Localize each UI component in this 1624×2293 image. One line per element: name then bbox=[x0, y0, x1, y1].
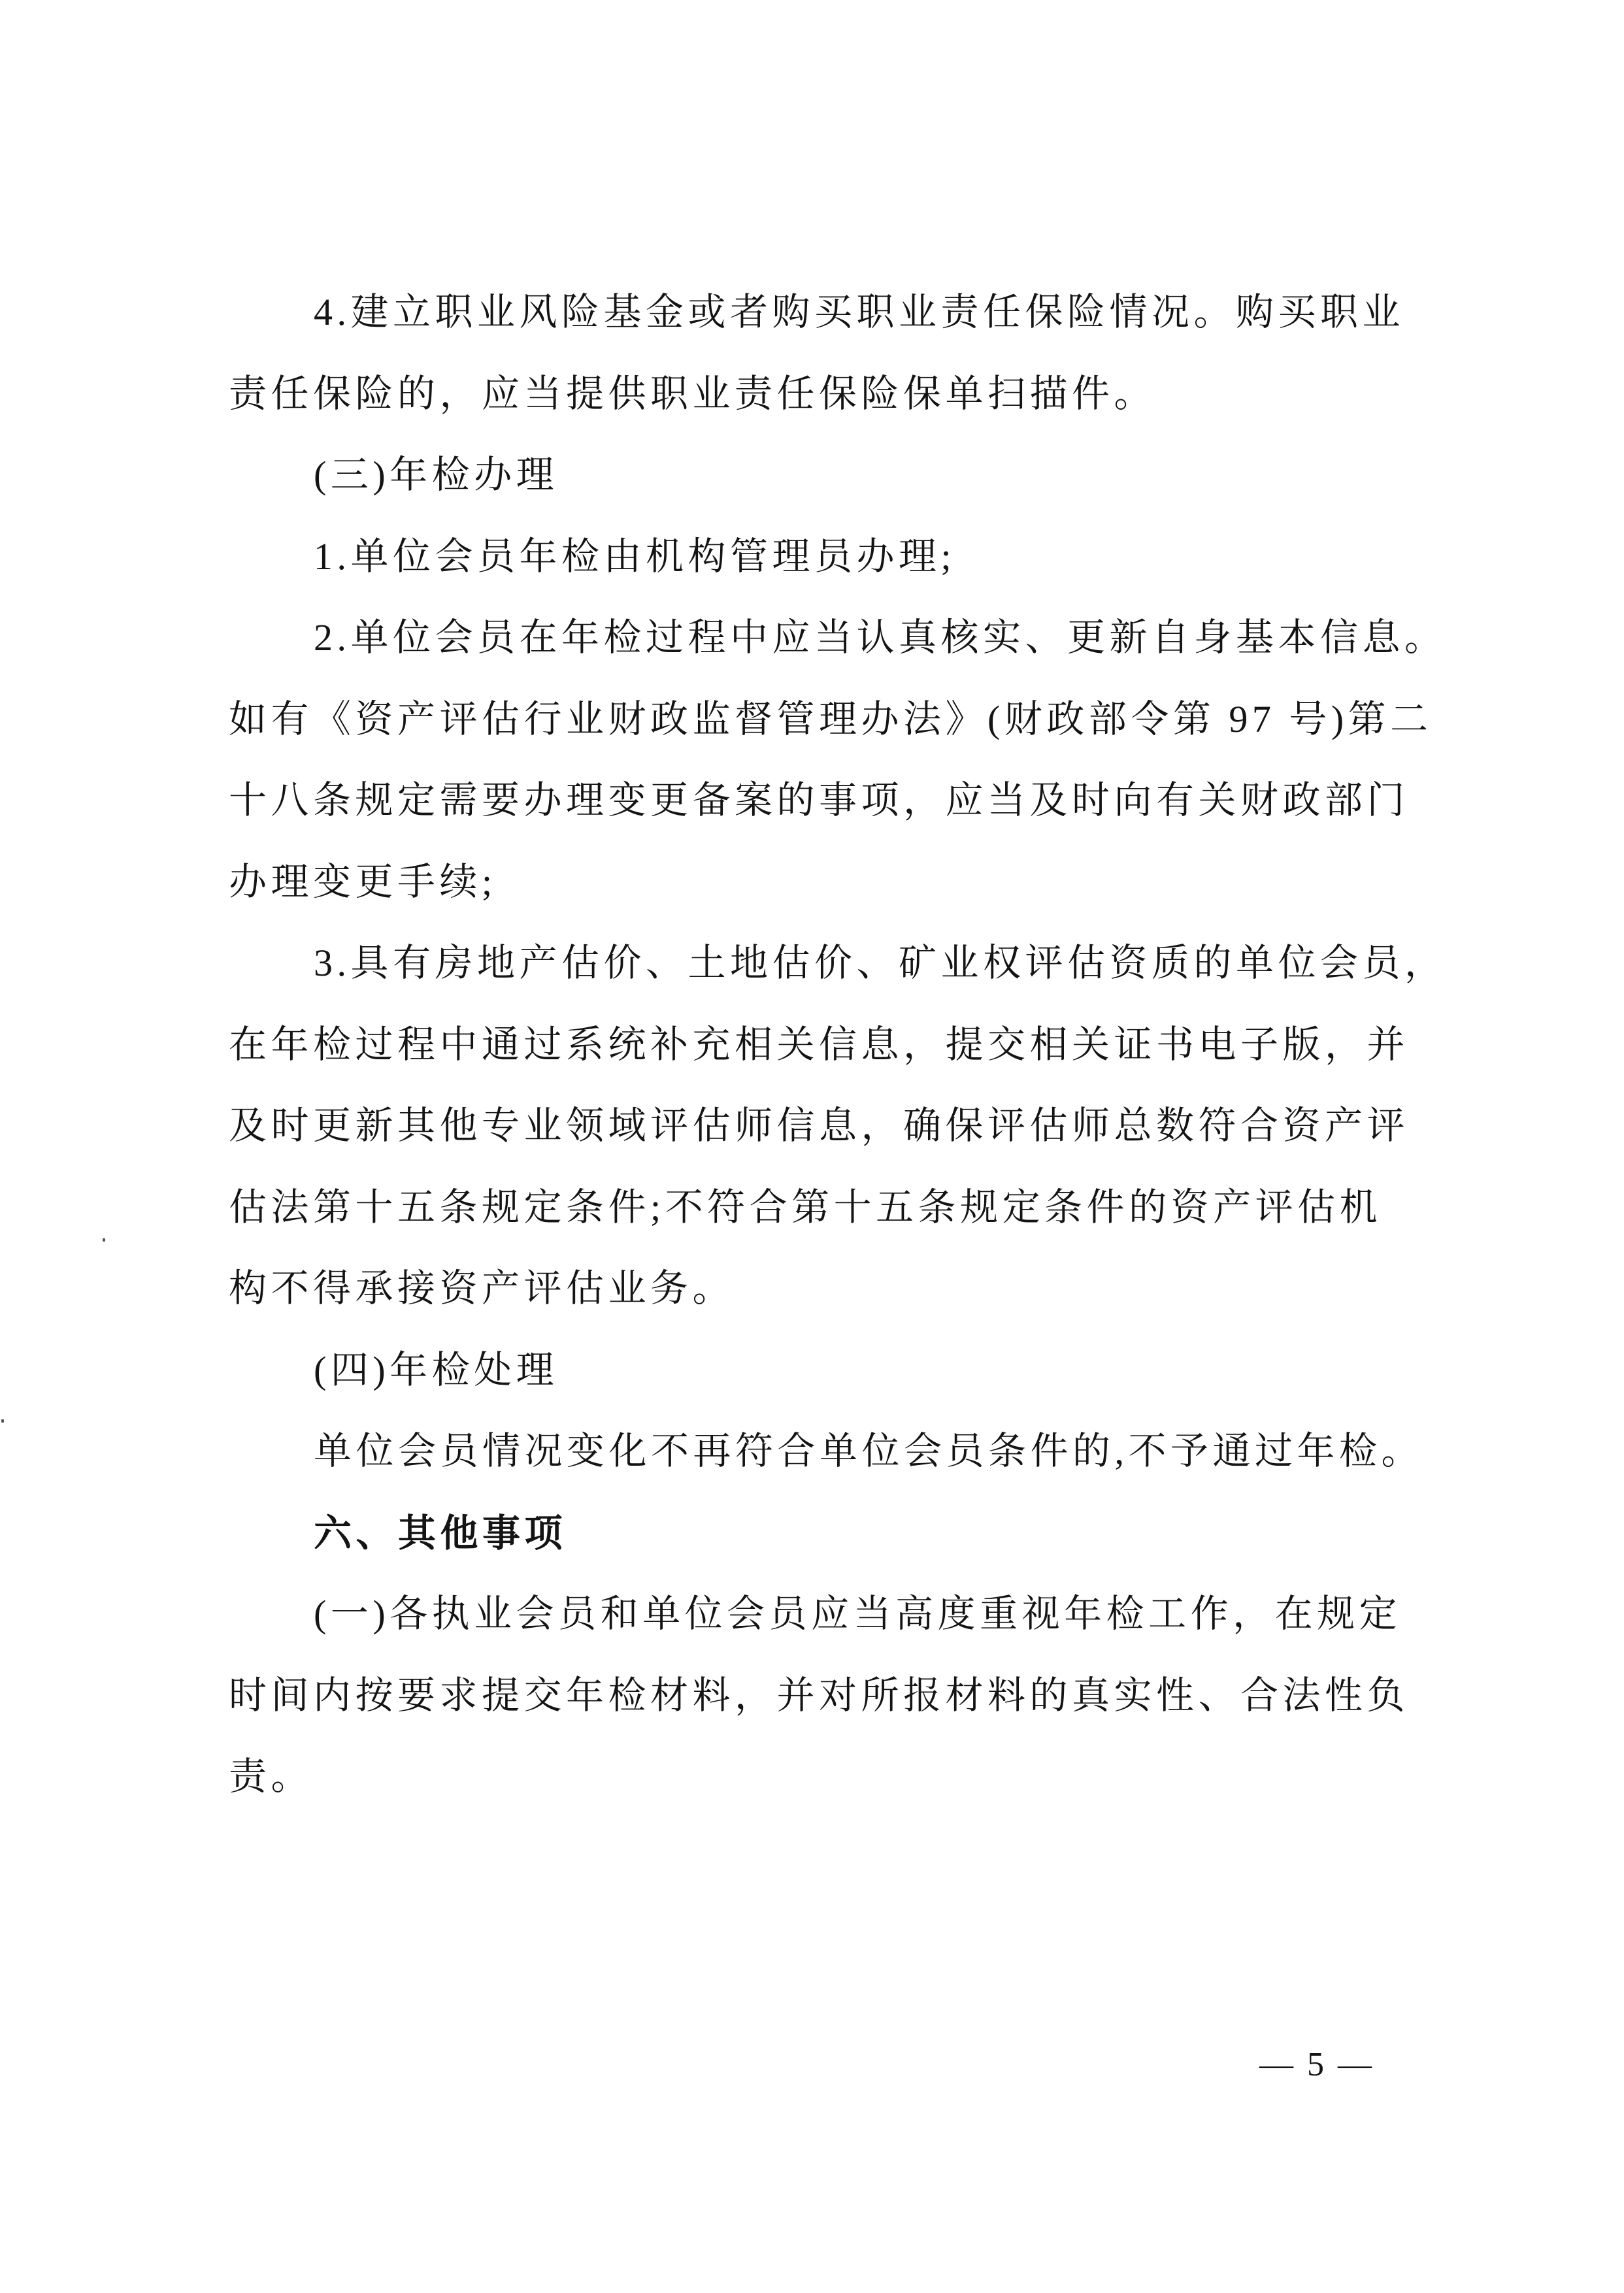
text-line: 2.单位会员在年检过程中应当认真核实、更新自身基本信息。 bbox=[229, 597, 1425, 679]
paragraph-section-4-body: 单位会员情况变化不再符合单位会员条件的,不予通过年检。 bbox=[229, 1411, 1425, 1493]
text-line: 及时更新其他专业领域评估师信息，确保评估师总数符合资产评 bbox=[229, 1085, 1425, 1167]
text-line: 估法第十五条规定条件;不符合第十五条规定条件的资产评估机 bbox=[229, 1167, 1425, 1249]
text-line: 责任保险的，应当提供职业责任保险保单扫描件。 bbox=[229, 354, 1425, 435]
text-line: 单位会员情况变化不再符合单位会员条件的,不予通过年检。 bbox=[229, 1411, 1425, 1493]
chapter-heading: 六、其他事项 bbox=[229, 1493, 1425, 1574]
text-line: 1.单位会员年检由机构管理员办理; bbox=[229, 516, 1425, 598]
section-heading: (三)年检办理 bbox=[229, 435, 1425, 516]
text-line: (一)各执业会员和单位会员应当高度重视年检工作，在规定 bbox=[229, 1574, 1425, 1655]
chapter-heading-other-matters: 六、其他事项 bbox=[229, 1493, 1425, 1574]
text-line: 如有《资产评估行业财政监督管理办法》(财政部令第 97 号)第二 bbox=[229, 679, 1425, 761]
scan-speck bbox=[103, 1238, 105, 1242]
paragraph-item-4-insurance: 4.建立职业风险基金或者购买职业责任保险情况。购买职业 责任保险的，应当提供职业… bbox=[229, 272, 1425, 435]
scan-speck bbox=[1, 1419, 4, 1423]
text-line: 办理变更手续; bbox=[229, 842, 1425, 923]
text-line: 责。 bbox=[229, 1736, 1425, 1818]
paragraph-item-1: 1.单位会员年检由机构管理员办理; bbox=[229, 516, 1425, 598]
text-line: 十八条规定需要办理变更备案的事项，应当及时向有关财政部门 bbox=[229, 760, 1425, 842]
document-body: 4.建立职业风险基金或者购买职业责任保险情况。购买职业 责任保险的，应当提供职业… bbox=[229, 272, 1425, 1818]
page-number: — 5 — bbox=[1245, 2039, 1389, 2091]
paragraph-item-3: 3.具有房地产估价、土地估价、矿业权评估资质的单位会员， 在年检过程中通过系统补… bbox=[229, 923, 1425, 1330]
section-heading: (四)年检处理 bbox=[229, 1330, 1425, 1411]
text-line: 构不得承接资产评估业务。 bbox=[229, 1248, 1425, 1330]
paragraph-item-2: 2.单位会员在年检过程中应当认真核实、更新自身基本信息。 如有《资产评估行业财政… bbox=[229, 597, 1425, 923]
section-heading-annual-inspection-handling: (三)年检办理 bbox=[229, 435, 1425, 516]
text-line: 3.具有房地产估价、土地估价、矿业权评估资质的单位会员， bbox=[229, 923, 1425, 1004]
text-line: 时间内按要求提交年检材料，并对所报材料的真实性、合法性负 bbox=[229, 1655, 1425, 1737]
paragraph-chapter-6-item-1: (一)各执业会员和单位会员应当高度重视年检工作，在规定 时间内按要求提交年检材料… bbox=[229, 1574, 1425, 1818]
text-line: 在年检过程中通过系统补充相关信息，提交相关证书电子版，并 bbox=[229, 1004, 1425, 1086]
section-heading-annual-inspection-processing: (四)年检处理 bbox=[229, 1330, 1425, 1411]
document-page: 4.建立职业风险基金或者购买职业责任保险情况。购买职业 责任保险的，应当提供职业… bbox=[0, 0, 1624, 2293]
text-line: 4.建立职业风险基金或者购买职业责任保险情况。购买职业 bbox=[229, 272, 1425, 354]
